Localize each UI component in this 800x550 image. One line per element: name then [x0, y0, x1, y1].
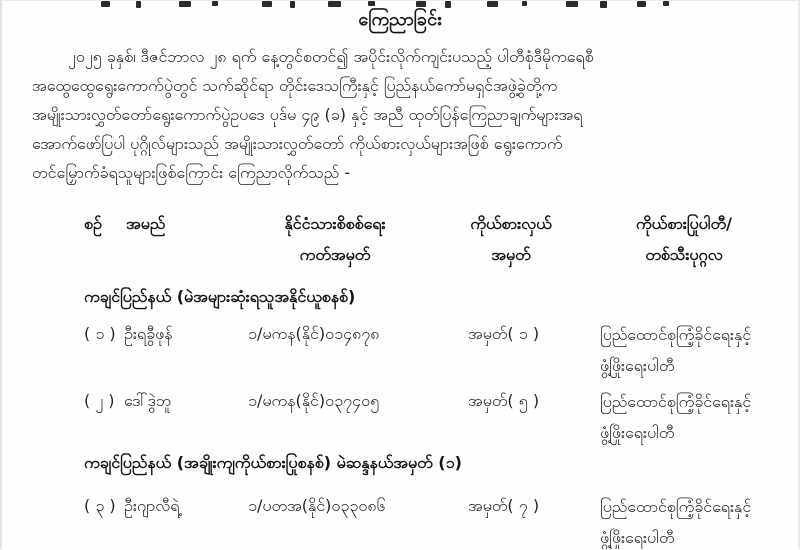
- column-header-nrc: နိုင်ငံသားစိစစ်ရေး ကတ်အမှတ်: [228, 208, 442, 270]
- paragraph-line: တင်မြှောက်ခံရသူများဖြစ်ကြောင်း ကြေညာလိုက…: [32, 158, 780, 187]
- row-name: ဦးရခွီဖုန်: [124, 321, 244, 347]
- row-representative-number: အမှတ်( ၇ ): [468, 493, 580, 519]
- paragraph-line: အောက်ဖော်ပြပါ ပုဂ္ဂိုလ်များသည် အမျိုးသား…: [32, 129, 780, 158]
- section-heading-fptp: ကချင်ပြည်နယ် (မဲအများဆုံးရသူအနိုင်ယူစနစ်…: [84, 286, 355, 310]
- row-party: ပြည်ထောင်စုကြံ့ခိုင်ရေးနှင့် ဖွံ့ဖြိုးရေ…: [600, 491, 796, 549]
- page-title: ကြေညာခြင်း: [2, 7, 798, 34]
- row-nrc-number: ၁/ပတအ(နိုင်)၀၃၃၀၈၆: [248, 493, 444, 519]
- column-header-party: ကိုယ်စားပြုပါတီ/ တစ်သီးပုဂ္ဂလ: [584, 208, 784, 270]
- row-serial: ( ၃ ): [84, 493, 116, 519]
- row-nrc-number: ၁/မကန(နိုင်)၀၁၄၈၇၈: [248, 321, 444, 347]
- column-header-serial: စဉ်: [84, 208, 102, 239]
- section-heading-proportional: ကချင်ပြည်နယ် (အချိုးကျကိုယ်စားပြုစနစ်) မ…: [84, 452, 462, 476]
- paragraph-line: အမျိုးသားလွှတ်တော်ရွေးကောက်ပွဲဥပဒေ ပုဒ်မ…: [32, 100, 780, 129]
- row-serial: ( ၂ ): [84, 388, 115, 414]
- row-representative-number: အမှတ်( ၁ ): [468, 321, 580, 347]
- row-serial: ( ၁ ): [84, 321, 116, 347]
- row-party: ပြည်ထောင်စုကြံ့ခိုင်ရေးနှင့် ဖွံ့ဖြိုးရေ…: [600, 386, 796, 448]
- column-header-name: အမည်: [126, 208, 165, 239]
- paragraph-line: အထွေထွေရွေးကောက်ပွဲတွင် သက်ဆိုင်ရာ တိုင်…: [32, 71, 780, 100]
- scanned-announcement-document: ကြေညာခြင်း ၂၀၂၅ ခုနှစ်၊ ဒီဇင်ဘာလ ၂၈ ရက် …: [0, 0, 800, 549]
- row-name: ဒေါ်ဒွဲဘူ: [124, 388, 244, 414]
- intro-paragraph: ၂၀၂၅ ခုနှစ်၊ ဒီဇင်ဘာလ ၂၈ ရက် နေ့တွင်စတင်…: [32, 42, 780, 187]
- row-party: ပြည်ထောင်စုကြံ့ခိုင်ရေးနှင့် ဖွံ့ဖြိုးရေ…: [600, 319, 796, 381]
- column-header-representative-number: ကိုယ်စားလှယ် အမှတ်: [440, 208, 582, 270]
- row-name: ဦးဂျာလီရဲ့: [124, 493, 244, 519]
- paragraph-line: ၂၀၂၅ ခုနှစ်၊ ဒီဇင်ဘာလ ၂၈ ရက် နေ့တွင်စတင်…: [32, 42, 780, 71]
- row-representative-number: အမှတ်( ၅ ): [468, 388, 580, 414]
- row-nrc-number: ၁/မကန(နိုင်)၀၃၇၄၀၅: [248, 388, 444, 414]
